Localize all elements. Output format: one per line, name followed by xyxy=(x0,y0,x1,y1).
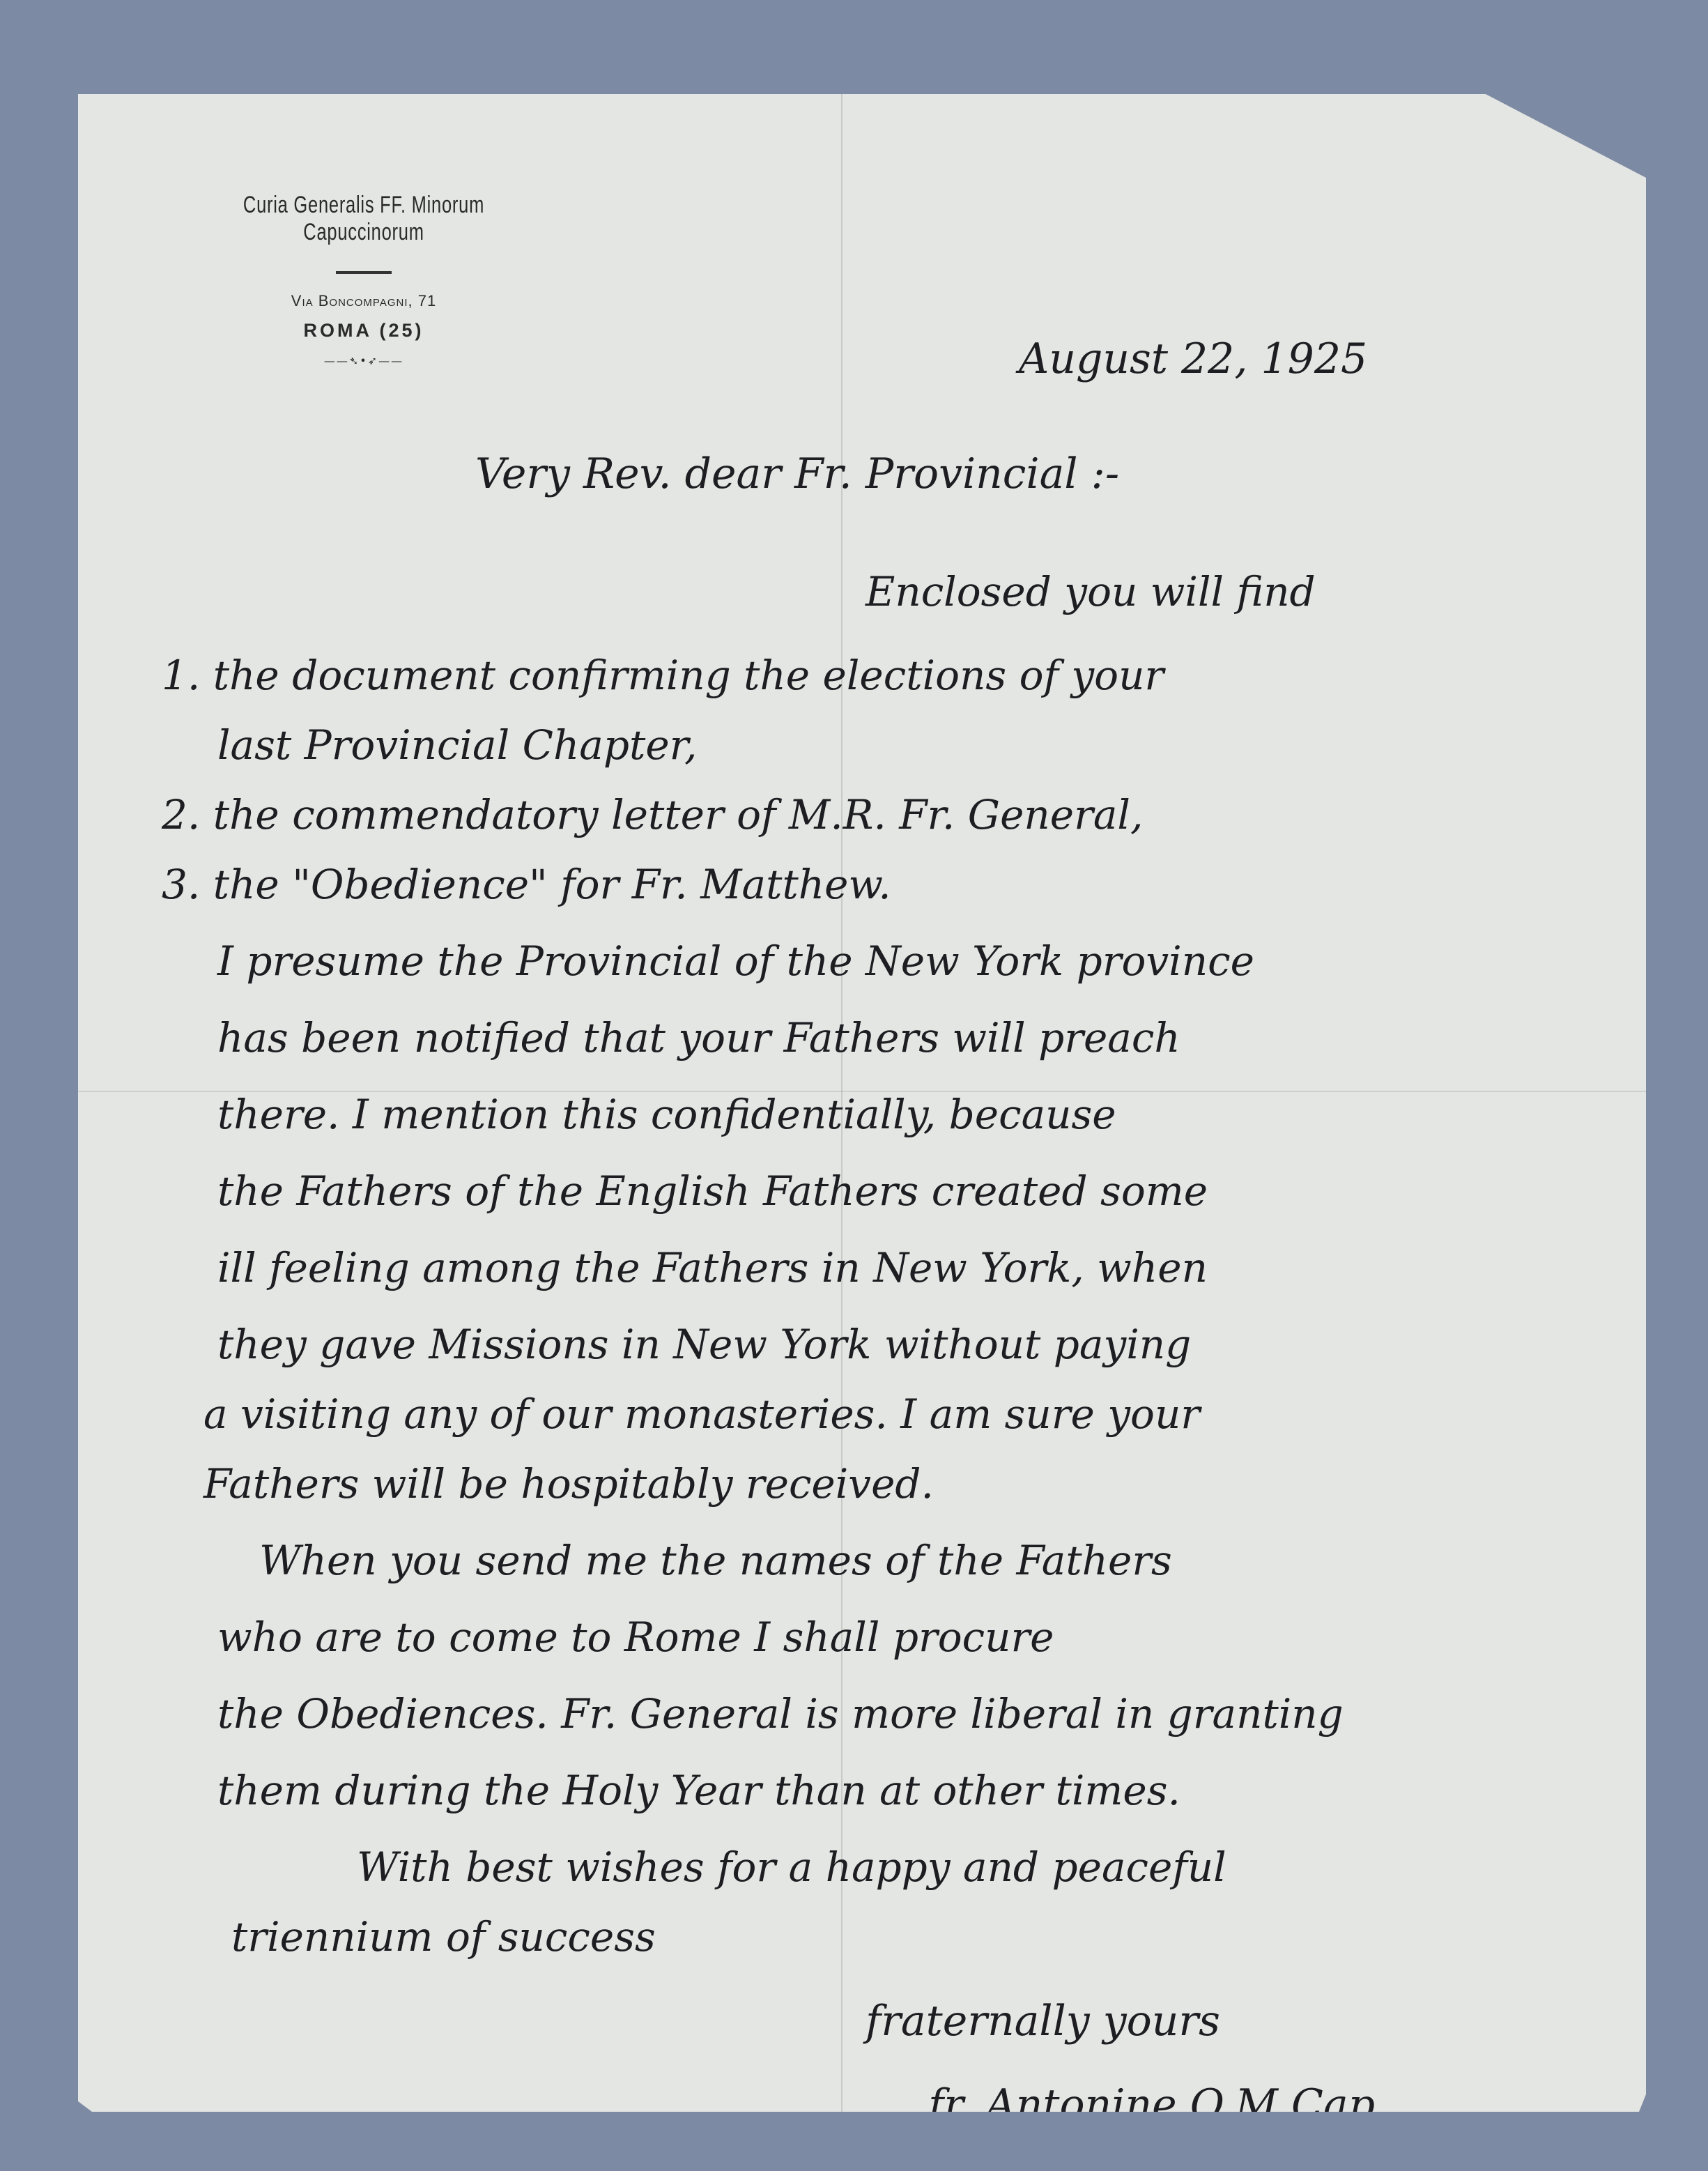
body-line: 2. the commendatory letter of M.R. Fr. G… xyxy=(162,791,1143,838)
body-line: I presume the Provincial of the New York… xyxy=(217,937,1254,985)
letterhead: Curia Generalis FF. Minorum Capuccinorum… xyxy=(169,192,559,367)
body-line: a visiting any of our monasteries. I am … xyxy=(203,1390,1200,1438)
letterhead-city: ROMA (25) xyxy=(169,320,559,342)
body-line: triennium of success xyxy=(231,1913,656,1961)
salutation: Very Rev. dear Fr. Provincial :- xyxy=(475,450,1119,498)
signature: fr. Antonine O.M.Cap. xyxy=(928,2080,1388,2129)
body-line: ill feeling among the Fathers in New Yor… xyxy=(217,1244,1208,1291)
body-line: the Fathers of the English Fathers creat… xyxy=(217,1167,1208,1215)
body-line: last Provincial Chapter, xyxy=(217,721,697,769)
body-line: has been notified that your Fathers will… xyxy=(217,1014,1180,1061)
body-line: Enclosed you will find xyxy=(865,568,1316,615)
body-line: who are to come to Rome I shall procure xyxy=(217,1613,1054,1661)
letterhead-title: Curia Generalis FF. Minorum Capuccinorum xyxy=(217,192,510,246)
letter-paper: Curia Generalis FF. Minorum Capuccinorum… xyxy=(78,94,1646,2112)
body-line: them during the Holy Year than at other … xyxy=(217,1767,1180,1814)
closing: fraternally yours xyxy=(865,1997,1220,2046)
body-line: they gave Missions in New York without p… xyxy=(217,1321,1191,1368)
body-line: there. I mention this confidentially, be… xyxy=(217,1091,1116,1138)
body-line: Fathers will be hospitably received. xyxy=(203,1460,934,1508)
letter-date: August 22, 1925 xyxy=(1019,335,1367,383)
body-line: 1. the document confirming the elections… xyxy=(162,652,1164,699)
ornament-icon: ——➴•➶—— xyxy=(169,354,559,367)
body-line: 3. the "Obedience" for Fr. Matthew. xyxy=(162,861,891,908)
body-line: the Obediences. Fr. General is more libe… xyxy=(217,1690,1344,1737)
letterhead-address: Via Boncompagni, 71 xyxy=(169,292,559,310)
body-line: With best wishes for a happy and peacefu… xyxy=(357,1843,1226,1891)
letterhead-rule xyxy=(336,271,392,274)
body-line: When you send me the names of the Father… xyxy=(259,1537,1172,1584)
